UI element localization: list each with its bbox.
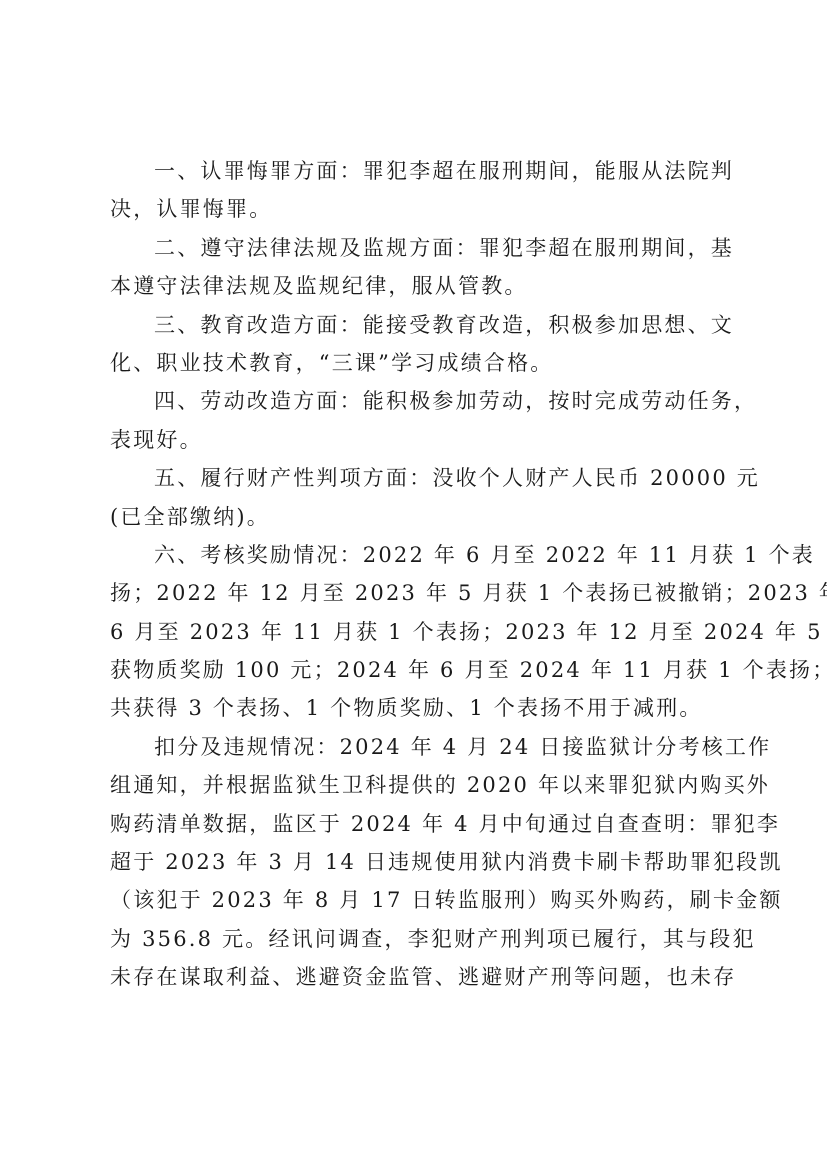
text-line: 超于 2023 年 3 月 14 日违规使用狱内消费卡刷卡帮助罪犯段凯 xyxy=(110,843,724,881)
paragraph-labor: 四、劳动改造方面：能积极参加劳动，按时完成劳动任务， 表现好。 xyxy=(110,382,724,459)
text-line: 组通知，并根据监狱生卫科提供的 2020 年以来罪犯狱内购买外 xyxy=(110,766,724,804)
text-line: 6 月至 2023 年 11 月获 1 个表扬；2023 年 12 月至 202… xyxy=(110,613,724,651)
paragraph-violations: 扣分及违规情况：2024 年 4 月 24 日接监狱计分考核工作 组通知，并根据… xyxy=(110,728,724,997)
text-line: 二、遵守法律法规及监规方面：罪犯李超在服刑期间，基 xyxy=(110,229,724,267)
text-line: 一、认罪悔罪方面：罪犯李超在服刑期间，能服从法院判 xyxy=(110,152,724,190)
text-line: 表现好。 xyxy=(110,421,724,459)
text-line: 本遵守法律法规及监规纪律，服从管教。 xyxy=(110,267,724,305)
text-line: 化、职业技术教育，“三课”学习成绩合格。 xyxy=(110,344,724,382)
text-line: 三、教育改造方面：能接受教育改造，积极参加思想、文 xyxy=(110,306,724,344)
paragraph-plea: 一、认罪悔罪方面：罪犯李超在服刑期间，能服从法院判 决，认罪悔罪。 xyxy=(110,152,724,229)
paragraph-property-judgment: 五、履行财产性判项方面：没收个人财产人民币 20000 元 (已全部缴纳)。 xyxy=(110,459,724,536)
paragraph-rewards: 六、考核奖励情况：2022 年 6 月至 2022 年 11 月获 1 个表 扬… xyxy=(110,536,724,728)
text-line: 扬；2022 年 12 月至 2023 年 5 月获 1 个表扬已被撤销；202… xyxy=(110,574,724,612)
text-line: （该犯于 2023 年 8 月 17 日转监服刑）购买外购药，刷卡金额 xyxy=(110,881,724,919)
text-line: 为 356.8 元。经讯问调查，李犯财产刑判项已履行，其与段犯 xyxy=(110,920,724,958)
text-line: 购药清单数据，监区于 2024 年 4 月中旬通过自查查明：罪犯李 xyxy=(110,805,724,843)
text-line: 扣分及违规情况：2024 年 4 月 24 日接监狱计分考核工作 xyxy=(110,728,724,766)
text-line: 六、考核奖励情况：2022 年 6 月至 2022 年 11 月获 1 个表 xyxy=(110,536,724,574)
paragraph-law-compliance: 二、遵守法律法规及监规方面：罪犯李超在服刑期间，基 本遵守法律法规及监规纪律，服… xyxy=(110,229,724,306)
text-line: 共获得 3 个表扬、1 个物质奖励、1 个表扬不用于减刑。 xyxy=(110,689,724,727)
text-line: 五、履行财产性判项方面：没收个人财产人民币 20000 元 xyxy=(110,459,724,497)
text-line: 决，认罪悔罪。 xyxy=(110,190,724,228)
text-line: 四、劳动改造方面：能积极参加劳动，按时完成劳动任务， xyxy=(110,382,724,420)
document-page: 一、认罪悔罪方面：罪犯李超在服刑期间，能服从法院判 决，认罪悔罪。 二、遵守法律… xyxy=(110,152,724,997)
text-line: 获物质奖励 100 元；2024 年 6 月至 2024 年 11 月获 1 个… xyxy=(110,651,724,689)
text-line: 未存在谋取利益、逃避资金监管、逃避财产刑等问题，也未存 xyxy=(110,958,724,996)
text-line: (已全部缴纳)。 xyxy=(110,498,724,536)
paragraph-education: 三、教育改造方面：能接受教育改造，积极参加思想、文 化、职业技术教育，“三课”学… xyxy=(110,306,724,383)
